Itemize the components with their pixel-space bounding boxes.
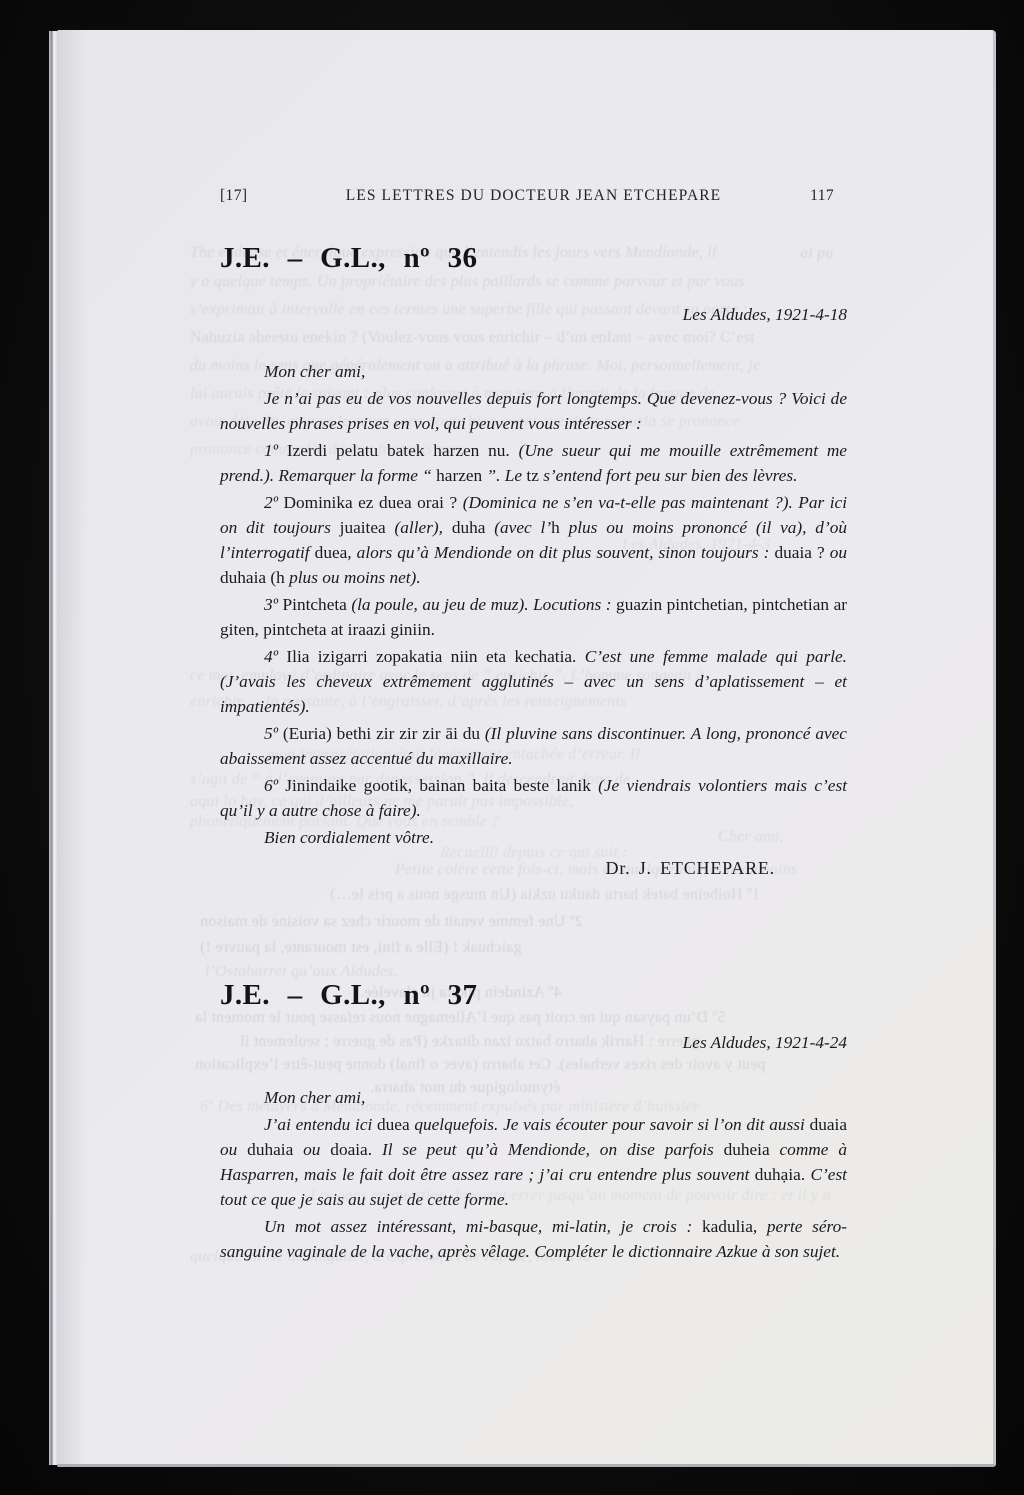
text-segment: Un mot assez intéressant, mi-basque, mi-…: [264, 1217, 702, 1236]
text-segment: Je n’ai pas eu de vos nouvelles depuis f…: [220, 389, 847, 433]
letter-paragraph: 1º Izerdi pelatu batek harzen nu. (Une s…: [220, 438, 847, 488]
text-segment: Jinindaike gootik, bainan baita beste la…: [285, 776, 598, 795]
text-segment: (aller),: [395, 518, 452, 537]
letter-37-salutation: Mon cher ami,: [220, 1085, 847, 1110]
text-segment: (Euria) bethi zir zir zir āi du: [283, 724, 485, 743]
text-segment: duhạia.: [755, 1165, 811, 1184]
text-segment: Bien cordialement vôtre.: [264, 828, 434, 847]
text-segment: h: [551, 518, 568, 537]
text-segment: duhaia: [220, 568, 270, 587]
text-segment: duea: [315, 543, 348, 562]
text-segment: (h: [270, 568, 289, 587]
text-segment: s’entend fort peu sur bien des lèvres.: [539, 466, 798, 485]
letter-37-body: J’ai entendu ici duea quelquefois. Je va…: [220, 1112, 847, 1264]
text-segment: duhaia: [247, 1140, 303, 1159]
running-head: [17] LES LETTRES DU DOCTEUR JEAN ETCHEPA…: [220, 187, 847, 205]
running-title: LES LETTRES DU DOCTEUR JEAN ETCHEPARE: [346, 187, 722, 205]
gutter-crease: [49, 31, 57, 1465]
letter-36-dateline: Les Aldudes, 1921-4-18: [220, 302, 847, 327]
text-segment: tz: [526, 466, 538, 485]
letter-37-dateline: Les Aldudes, 1921-4-24: [220, 1030, 847, 1055]
text-segment: J’ai entendu ici: [264, 1115, 377, 1134]
letter-36-salutation: Mon cher ami,: [220, 359, 847, 384]
text-segment: harzen: [436, 466, 482, 485]
text-segment: duaia ?: [775, 543, 830, 562]
text-segment: quelquefois. Je vais écouter pour savoir…: [414, 1115, 809, 1134]
text-segment: doaia.: [330, 1140, 382, 1159]
letter-36: J.E. – G.L., nº 36 Les Aldudes, 1921-4-1…: [220, 243, 847, 881]
page-content: [17] LES LETTRES DU DOCTEUR JEAN ETCHEPA…: [220, 30, 847, 1264]
text-segment: 6º: [264, 776, 285, 795]
text-segment: ou: [220, 1140, 247, 1159]
letter-paragraph: 5º (Euria) bethi zir zir zir āi du (Il p…: [220, 721, 847, 771]
book-page: The endeuse et énergique expression que …: [57, 30, 996, 1467]
text-segment: 4º: [264, 647, 286, 666]
text-segment: 2º: [264, 493, 284, 512]
letter-37: J.E. – G.L., nº 37 Les Aldudes, 1921-4-2…: [220, 980, 847, 1264]
text-segment: kadulia,: [702, 1217, 767, 1236]
text-segment: 1º: [264, 441, 287, 460]
letter-paragraph: Bien cordialement vôtre.: [220, 825, 847, 850]
text-segment: 3º: [264, 595, 283, 614]
section-marker: [17]: [220, 187, 247, 205]
letter-paragraph: J’ai entendu ici duea quelquefois. Je va…: [220, 1112, 847, 1212]
page-number: 117: [810, 187, 847, 205]
text-segment: (avec l’: [494, 518, 551, 537]
text-segment: Il se peut qu’à Mendionde, on dise parfo…: [382, 1140, 724, 1159]
letter-paragraph: Un mot assez intéressant, mi-basque, mi-…: [220, 1214, 847, 1264]
letter-paragraph: Je n’ai pas eu de vos nouvelles depuis f…: [220, 386, 847, 436]
letter-paragraph: 6º Jinindaike gootik, bainan baita beste…: [220, 773, 847, 823]
text-segment: duaia: [810, 1115, 847, 1134]
letter-paragraph: 4º Ilia izigarri zopakatia niin eta kech…: [220, 644, 847, 719]
text-segment: ou: [303, 1140, 330, 1159]
text-segment: , alors qu’à Mendionde on dit plus souve…: [347, 543, 774, 562]
letter-36-heading: J.E. – G.L., nº 36: [220, 243, 847, 273]
facing-page-edge: [0, 33, 49, 1464]
text-segment: Izerdi pelatu batek harzen nu.: [287, 441, 519, 460]
letter-36-signature: Dr. J. ETCHEPARE.: [220, 856, 847, 881]
text-segment: Dominika ez duea orai ?: [284, 493, 463, 512]
text-segment: juaitea: [340, 518, 395, 537]
text-segment: duheia: [724, 1140, 780, 1159]
text-segment: 5º: [264, 724, 283, 743]
letter-36-body: Je n’ai pas eu de vos nouvelles depuis f…: [220, 386, 847, 850]
letter-paragraph: 3º Pintcheta (la poule, au jeu de muz). …: [220, 592, 847, 642]
text-segment: ”. Le: [482, 466, 526, 485]
letter-paragraph: 2º Dominika ez duea orai ? (Dominica ne …: [220, 490, 847, 590]
text-segment: duha: [452, 518, 494, 537]
text-segment: Ilia izigarri zopakatia niin eta kechati…: [286, 647, 584, 666]
text-segment: ou: [830, 543, 847, 562]
text-segment: (la poule, au jeu de muz). Locutions :: [351, 595, 616, 614]
text-segment: plus ou moins net).: [289, 568, 421, 587]
letter-37-heading: J.E. – G.L., nº 37: [220, 980, 847, 1010]
text-segment: duea: [377, 1115, 414, 1134]
text-segment: Pintcheta: [283, 595, 352, 614]
